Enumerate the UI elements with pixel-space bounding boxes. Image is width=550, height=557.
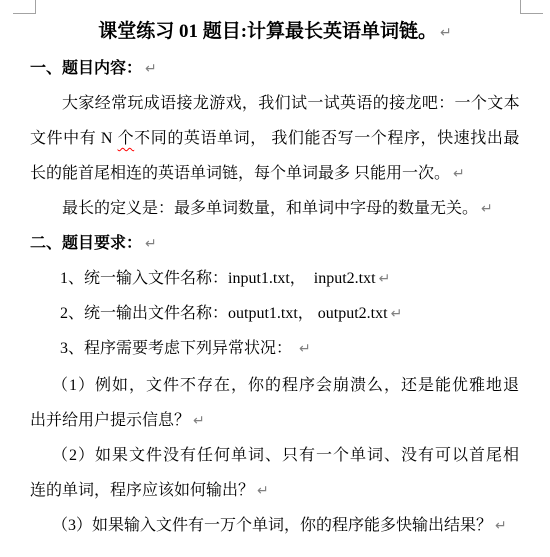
- line-text: （2）如果文件没有任何单词、只有一个单词、没有可以首尾相: [52, 447, 520, 464]
- text-segment: 不同的英语单词， 我们能否写一个程序，快速找出最: [134, 130, 520, 147]
- paragraph-mark-icon: ↵: [481, 201, 493, 217]
- document-body: 课堂练习 01 题目:计算最长英语单词链。↵一、题目内容：↵大家经常玩成语接龙游…: [30, 13, 520, 543]
- paragraph-line: 长的能首尾相连的英语单词链，每个单词最多 只能用一次。↵: [30, 156, 520, 191]
- heading-section-2: 二、题目要求：↵: [30, 226, 520, 261]
- line-text: 连的单词，程序应该如何输出？: [30, 482, 254, 499]
- line-text: （1）例如，文件不存在，你的程序会崩溃么，还是能优雅地退: [52, 377, 520, 394]
- line-text: 2、统一输出文件名称：output1.txt， output2.txt: [60, 305, 388, 322]
- paragraph-mark-icon: ↵: [391, 306, 403, 322]
- line-text: 课堂练习 01 题目:计算最长英语单词链。: [98, 21, 437, 42]
- line-text: 出并给用户提示信息？: [30, 412, 190, 429]
- paragraph-mark-icon: ↵: [299, 341, 311, 357]
- requirement-line-1: 1、统一输入文件名称：input1.txt， input2.txt↵: [30, 261, 520, 296]
- line-text: 最长的定义是：最多单词数量，和单词中字母的数量无关。: [62, 200, 478, 217]
- paragraph-mark-icon: ↵: [145, 61, 157, 77]
- paragraph-mark-icon: ↵: [257, 483, 269, 499]
- case-2-line: （2）如果文件没有任何单词、只有一个单词、没有可以首尾相: [30, 438, 520, 473]
- line-text: 大家经常玩成语接龙游戏，我们试一试英语的接龙吧：一个文本: [62, 95, 520, 112]
- line-text: 1、统一输入文件名称：input1.txt， input2.txt: [60, 270, 376, 287]
- paragraph-mark-icon: ↵: [379, 271, 391, 287]
- line-text: 3、程序需要考虑下列异常状况：: [60, 340, 296, 357]
- text-segment: 文件中有 N: [30, 130, 118, 147]
- document-page: 课堂练习 01 题目:计算最长英语单词链。↵一、题目内容：↵大家经常玩成语接龙游…: [0, 0, 550, 557]
- paragraph-mark-icon: ↵: [453, 166, 465, 182]
- line-text: 二、题目要求：: [30, 235, 142, 252]
- paragraph-line: 文件中有 N 个不同的英语单词， 我们能否写一个程序，快速找出最: [30, 121, 520, 156]
- paragraph-line: 大家经常玩成语接龙游戏，我们试一试英语的接龙吧：一个文本: [30, 86, 520, 121]
- case-2-line: 连的单词，程序应该如何输出？↵: [30, 473, 520, 508]
- line-text: 长的能首尾相连的英语单词链，每个单词最多 只能用一次。: [30, 165, 450, 182]
- document-title: 课堂练习 01 题目:计算最长英语单词链。↵: [30, 13, 520, 51]
- case-1-line: （1）例如，文件不存在，你的程序会崩溃么，还是能优雅地退: [30, 368, 520, 403]
- text-boundary-crop-mark-top-left-icon: [13, 0, 36, 14]
- line-text: 文件中有 N 个不同的英语单词， 我们能否写一个程序，快速找出最: [30, 130, 520, 147]
- paragraph-mark-icon: ↵: [193, 413, 205, 429]
- line-text: 一、题目内容：: [30, 60, 142, 77]
- line-text: （3）如果输入文件有一万个单词，你的程序能多快输出结果？: [52, 517, 492, 534]
- heading-section-1: 一、题目内容：↵: [30, 51, 520, 86]
- spellcheck-squiggle-text: 个: [118, 130, 135, 147]
- case-1-line: 出并给用户提示信息？↵: [30, 403, 520, 438]
- requirement-line-2: 2、统一输出文件名称：output1.txt， output2.txt↵: [30, 296, 520, 331]
- paragraph-mark-icon: ↵: [145, 236, 157, 252]
- paragraph-line: 最长的定义是：最多单词数量，和单词中字母的数量无关。↵: [30, 191, 520, 226]
- requirement-line-3: 3、程序需要考虑下列异常状况： ↵: [30, 331, 520, 366]
- text-boundary-crop-mark-top-right-icon: [520, 0, 543, 14]
- paragraph-mark-icon: ↵: [495, 518, 507, 534]
- case-3-line: （3）如果输入文件有一万个单词，你的程序能多快输出结果？↵: [30, 508, 520, 543]
- paragraph-mark-icon: ↵: [440, 25, 452, 41]
